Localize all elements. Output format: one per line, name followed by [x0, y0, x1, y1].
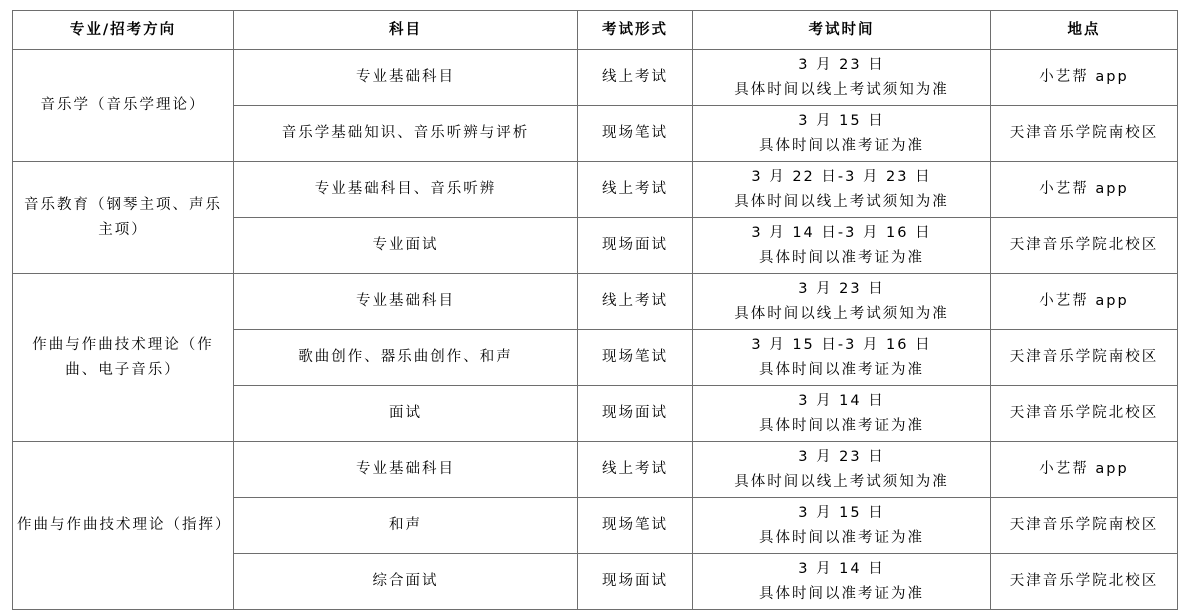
major-cell: 作曲与作曲技术理论（指挥） — [13, 442, 234, 610]
format-cell: 现场笔试 — [578, 330, 693, 386]
time-cell: 3 月 23 日 具体时间以线上考试须知为准 — [693, 274, 991, 330]
format-cell: 现场面试 — [578, 554, 693, 610]
time-cell: 3 月 14 日 具体时间以准考证为准 — [693, 554, 991, 610]
exam-time-note: 具体时间以准考证为准 — [697, 582, 986, 607]
exam-date: 3 月 22 日-3 月 23 日 — [697, 165, 986, 190]
exam-date: 3 月 15 日-3 月 16 日 — [697, 333, 986, 358]
time-cell: 3 月 23 日 具体时间以线上考试须知为准 — [693, 50, 991, 106]
subject-cell: 专业基础科目、音乐听辨 — [234, 162, 578, 218]
subject-cell: 和声 — [234, 498, 578, 554]
exam-date: 3 月 15 日 — [697, 109, 986, 134]
header-time: 考试时间 — [693, 11, 991, 50]
exam-time-note: 具体时间以线上考试须知为准 — [697, 78, 986, 103]
subject-cell: 专业基础科目 — [234, 442, 578, 498]
time-cell: 3 月 15 日 具体时间以准考证为准 — [693, 498, 991, 554]
exam-time-note: 具体时间以准考证为准 — [697, 246, 986, 271]
exam-date: 3 月 23 日 — [697, 445, 986, 470]
major-cell: 音乐教育（钢琴主项、声乐主项） — [13, 162, 234, 274]
table-row: 音乐学（音乐学理论） 专业基础科目 线上考试 3 月 23 日 具体时间以线上考… — [13, 50, 1178, 106]
subject-cell: 音乐学基础知识、音乐听辨与评析 — [234, 106, 578, 162]
location-cell: 小艺帮 app — [991, 442, 1178, 498]
header-subject: 科目 — [234, 11, 578, 50]
time-cell: 3 月 15 日-3 月 16 日 具体时间以准考证为准 — [693, 330, 991, 386]
time-cell: 3 月 23 日 具体时间以线上考试须知为准 — [693, 442, 991, 498]
time-cell: 3 月 14 日-3 月 16 日 具体时间以准考证为准 — [693, 218, 991, 274]
subject-cell: 歌曲创作、器乐曲创作、和声 — [234, 330, 578, 386]
format-cell: 线上考试 — [578, 50, 693, 106]
exam-time-note: 具体时间以准考证为准 — [697, 134, 986, 159]
location-cell: 天津音乐学院南校区 — [991, 498, 1178, 554]
subject-cell: 专业基础科目 — [234, 50, 578, 106]
exam-time-note: 具体时间以线上考试须知为准 — [697, 470, 986, 495]
location-cell: 天津音乐学院北校区 — [991, 218, 1178, 274]
header-major: 专业/招考方向 — [13, 11, 234, 50]
time-cell: 3 月 14 日 具体时间以准考证为准 — [693, 386, 991, 442]
location-cell: 天津音乐学院北校区 — [991, 386, 1178, 442]
exam-time-note: 具体时间以准考证为准 — [697, 414, 986, 439]
location-cell: 小艺帮 app — [991, 274, 1178, 330]
format-cell: 现场面试 — [578, 218, 693, 274]
header-row: 专业/招考方向 科目 考试形式 考试时间 地点 — [13, 11, 1178, 50]
subject-cell: 专业面试 — [234, 218, 578, 274]
location-cell: 小艺帮 app — [991, 50, 1178, 106]
exam-schedule-table: 专业/招考方向 科目 考试形式 考试时间 地点 音乐学（音乐学理论） 专业基础科… — [12, 10, 1178, 610]
table-row: 作曲与作曲技术理论（作曲、电子音乐） 专业基础科目 线上考试 3 月 23 日 … — [13, 274, 1178, 330]
exam-time-note: 具体时间以线上考试须知为准 — [697, 190, 986, 215]
exam-time-note: 具体时间以线上考试须知为准 — [697, 302, 986, 327]
subject-cell: 面试 — [234, 386, 578, 442]
location-cell: 天津音乐学院南校区 — [991, 106, 1178, 162]
subject-cell: 专业基础科目 — [234, 274, 578, 330]
exam-time-note: 具体时间以准考证为准 — [697, 526, 986, 551]
exam-date: 3 月 23 日 — [697, 53, 986, 78]
major-cell: 音乐学（音乐学理论） — [13, 50, 234, 162]
header-format: 考试形式 — [578, 11, 693, 50]
exam-date: 3 月 14 日 — [697, 557, 986, 582]
location-cell: 小艺帮 app — [991, 162, 1178, 218]
format-cell: 线上考试 — [578, 442, 693, 498]
table-row: 作曲与作曲技术理论（指挥） 专业基础科目 线上考试 3 月 23 日 具体时间以… — [13, 442, 1178, 498]
format-cell: 现场面试 — [578, 386, 693, 442]
time-cell: 3 月 22 日-3 月 23 日 具体时间以线上考试须知为准 — [693, 162, 991, 218]
format-cell: 线上考试 — [578, 274, 693, 330]
location-cell: 天津音乐学院北校区 — [991, 554, 1178, 610]
location-cell: 天津音乐学院南校区 — [991, 330, 1178, 386]
header-location: 地点 — [991, 11, 1178, 50]
time-cell: 3 月 15 日 具体时间以准考证为准 — [693, 106, 991, 162]
exam-date: 3 月 14 日-3 月 16 日 — [697, 221, 986, 246]
table-row: 音乐教育（钢琴主项、声乐主项） 专业基础科目、音乐听辨 线上考试 3 月 22 … — [13, 162, 1178, 218]
exam-date: 3 月 14 日 — [697, 389, 986, 414]
exam-date: 3 月 23 日 — [697, 277, 986, 302]
major-cell: 作曲与作曲技术理论（作曲、电子音乐） — [13, 274, 234, 442]
subject-cell: 综合面试 — [234, 554, 578, 610]
format-cell: 线上考试 — [578, 162, 693, 218]
exam-time-note: 具体时间以准考证为准 — [697, 358, 986, 383]
format-cell: 现场笔试 — [578, 498, 693, 554]
format-cell: 现场笔试 — [578, 106, 693, 162]
exam-date: 3 月 15 日 — [697, 501, 986, 526]
